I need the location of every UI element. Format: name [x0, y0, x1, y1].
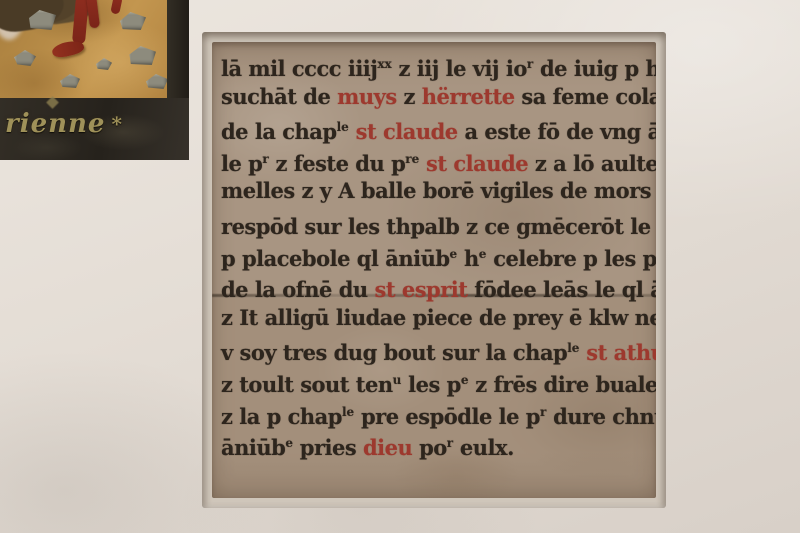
inscription-text: z: [397, 84, 422, 109]
inscription-text: celebre p les pre z ofnēs: [486, 246, 656, 271]
wall-photo: rienne * lā mil cccc iiijxx z iij le vij…: [0, 0, 800, 533]
inscription-text: sa feme colaterelle ēptë: [515, 84, 656, 109]
red-figure-foot: [51, 38, 85, 59]
inscription-text: p placebole ql āniūb: [221, 246, 450, 271]
stone-fragment: [146, 74, 168, 89]
inscription-text: le: [342, 405, 354, 419]
inscription-line: z toult sout tenu les pe z frēs dire bua…: [221, 365, 650, 397]
inscription-text: eulx.: [453, 435, 514, 460]
inscription-text: les p: [401, 372, 460, 397]
inscription-text: de iuig p hū: [533, 56, 656, 81]
stone-fragment: [60, 74, 80, 88]
inscription-text: de la ofnē du: [221, 277, 375, 302]
inscription-line: p placebole ql āniūbe he celebre p les p…: [221, 239, 650, 271]
inscription-text: h: [457, 246, 479, 271]
stone-fragment: [14, 50, 36, 66]
stone-fragment: [96, 58, 112, 70]
inscription-line: lā mil cccc iiijxx z iij le vij ior de i…: [221, 49, 650, 81]
inscription-text: z iij le vij io: [392, 56, 527, 81]
red-figure-leg: [110, 0, 123, 15]
inscription-line: de la ofnē du st esprit fōdee leās le ql…: [221, 270, 650, 302]
inscription-text: le: [337, 120, 349, 134]
inscription-text: āniūb: [221, 435, 285, 460]
inscription-text: [349, 119, 356, 144]
inscription-text: fōdee leās le ql āniūb: [467, 277, 656, 302]
inscription-text: dure chnū le ofnē z: [546, 404, 656, 429]
inscription-text: z frēs dire bualest qnu: [468, 372, 656, 397]
inscription-line: v soy tres dug bout sur la chaple st ath…: [221, 333, 650, 365]
inscription-line: respōd sur les thpalb z ce gmēcerōt le s…: [221, 207, 650, 239]
inscription-text: re: [405, 152, 419, 166]
stone-fragment: [128, 46, 156, 65]
inscription-text: pre espōdle le p: [354, 404, 540, 429]
inscription-line: melles z y A balle borē vigiles de mors …: [221, 175, 650, 207]
inscription-text: de la chap: [221, 119, 337, 144]
inscription-lines: lā mil cccc iiijxx z iij le vij ior de i…: [221, 49, 650, 460]
inscription-line: suchāt de muys z hërrette sa feme colate…: [221, 81, 650, 113]
inscription-rubric-text: st athuïe de fla: [586, 340, 656, 365]
inscription-text: z toult sout ten: [221, 372, 393, 397]
inscription-text: le: [567, 341, 579, 355]
inscription-line: z la p chaple pre espōdle le pr dure chn…: [221, 397, 650, 429]
inscription-text: lā mil cccc iiij: [221, 56, 377, 81]
inscription-line: de la chaple st claude a este fō de vng …: [221, 112, 650, 144]
stone-fragment: [120, 12, 146, 30]
inscription-text: z a lō aulte de iiij grēs: [528, 151, 656, 176]
inscription-line: le pr z feste du pre st claude z a lō au…: [221, 144, 650, 176]
inscription-rubric-text: st claude: [356, 119, 458, 144]
inscription-text: melles z y A balle borē vigiles de mors …: [221, 178, 656, 203]
tablet-recess: lā mil cccc iiijxx z iij le vij ior de i…: [202, 32, 666, 508]
inscription-text: e: [285, 436, 293, 450]
inscription-rubric-text: hërrette: [422, 84, 515, 109]
inscription-text: z It alligū liudae piece de prey ē klw n…: [221, 305, 656, 330]
inscription-rubric-text: st esprit: [375, 277, 468, 302]
inscription-text: respōd sur les thpalb z ce gmēcerōt le s…: [221, 214, 656, 239]
inscription-text: v soy tres dug bout sur la chap: [221, 340, 567, 365]
inscription-rubric-text: dieu: [363, 435, 412, 460]
inscription-text: le p: [221, 151, 262, 176]
inscription-text: pries: [293, 435, 363, 460]
inscription-line: āniūbe pries dieu por eulx.: [221, 428, 650, 460]
inscription-rubric-text: st claude: [426, 151, 528, 176]
star-ornament-icon: *: [111, 112, 122, 136]
inscription-text: xx: [377, 57, 391, 71]
inscription-text: po: [412, 435, 447, 460]
inscription-rubric-text: muys: [337, 84, 397, 109]
inscription-text: a este fō de vng āniūb: [458, 119, 656, 144]
fresco-ochre-ground: [0, 0, 172, 104]
fresco-border-band-right: [167, 0, 189, 104]
gilt-caption-text: rienne: [5, 109, 105, 139]
inscription-text: suchāt de: [221, 84, 337, 109]
inscription-line: z It alligū liudae piece de prey ē klw n…: [221, 302, 650, 334]
inscription-text: z feste du p: [269, 151, 406, 176]
fresco-fragment: rienne *: [0, 0, 189, 160]
inscription-tablet: lā mil cccc iiijxx z iij le vij ior de i…: [212, 42, 656, 498]
gilt-caption: rienne *: [5, 106, 123, 142]
red-figure-leg: [86, 0, 100, 28]
inscription-text: z la p chap: [221, 404, 342, 429]
